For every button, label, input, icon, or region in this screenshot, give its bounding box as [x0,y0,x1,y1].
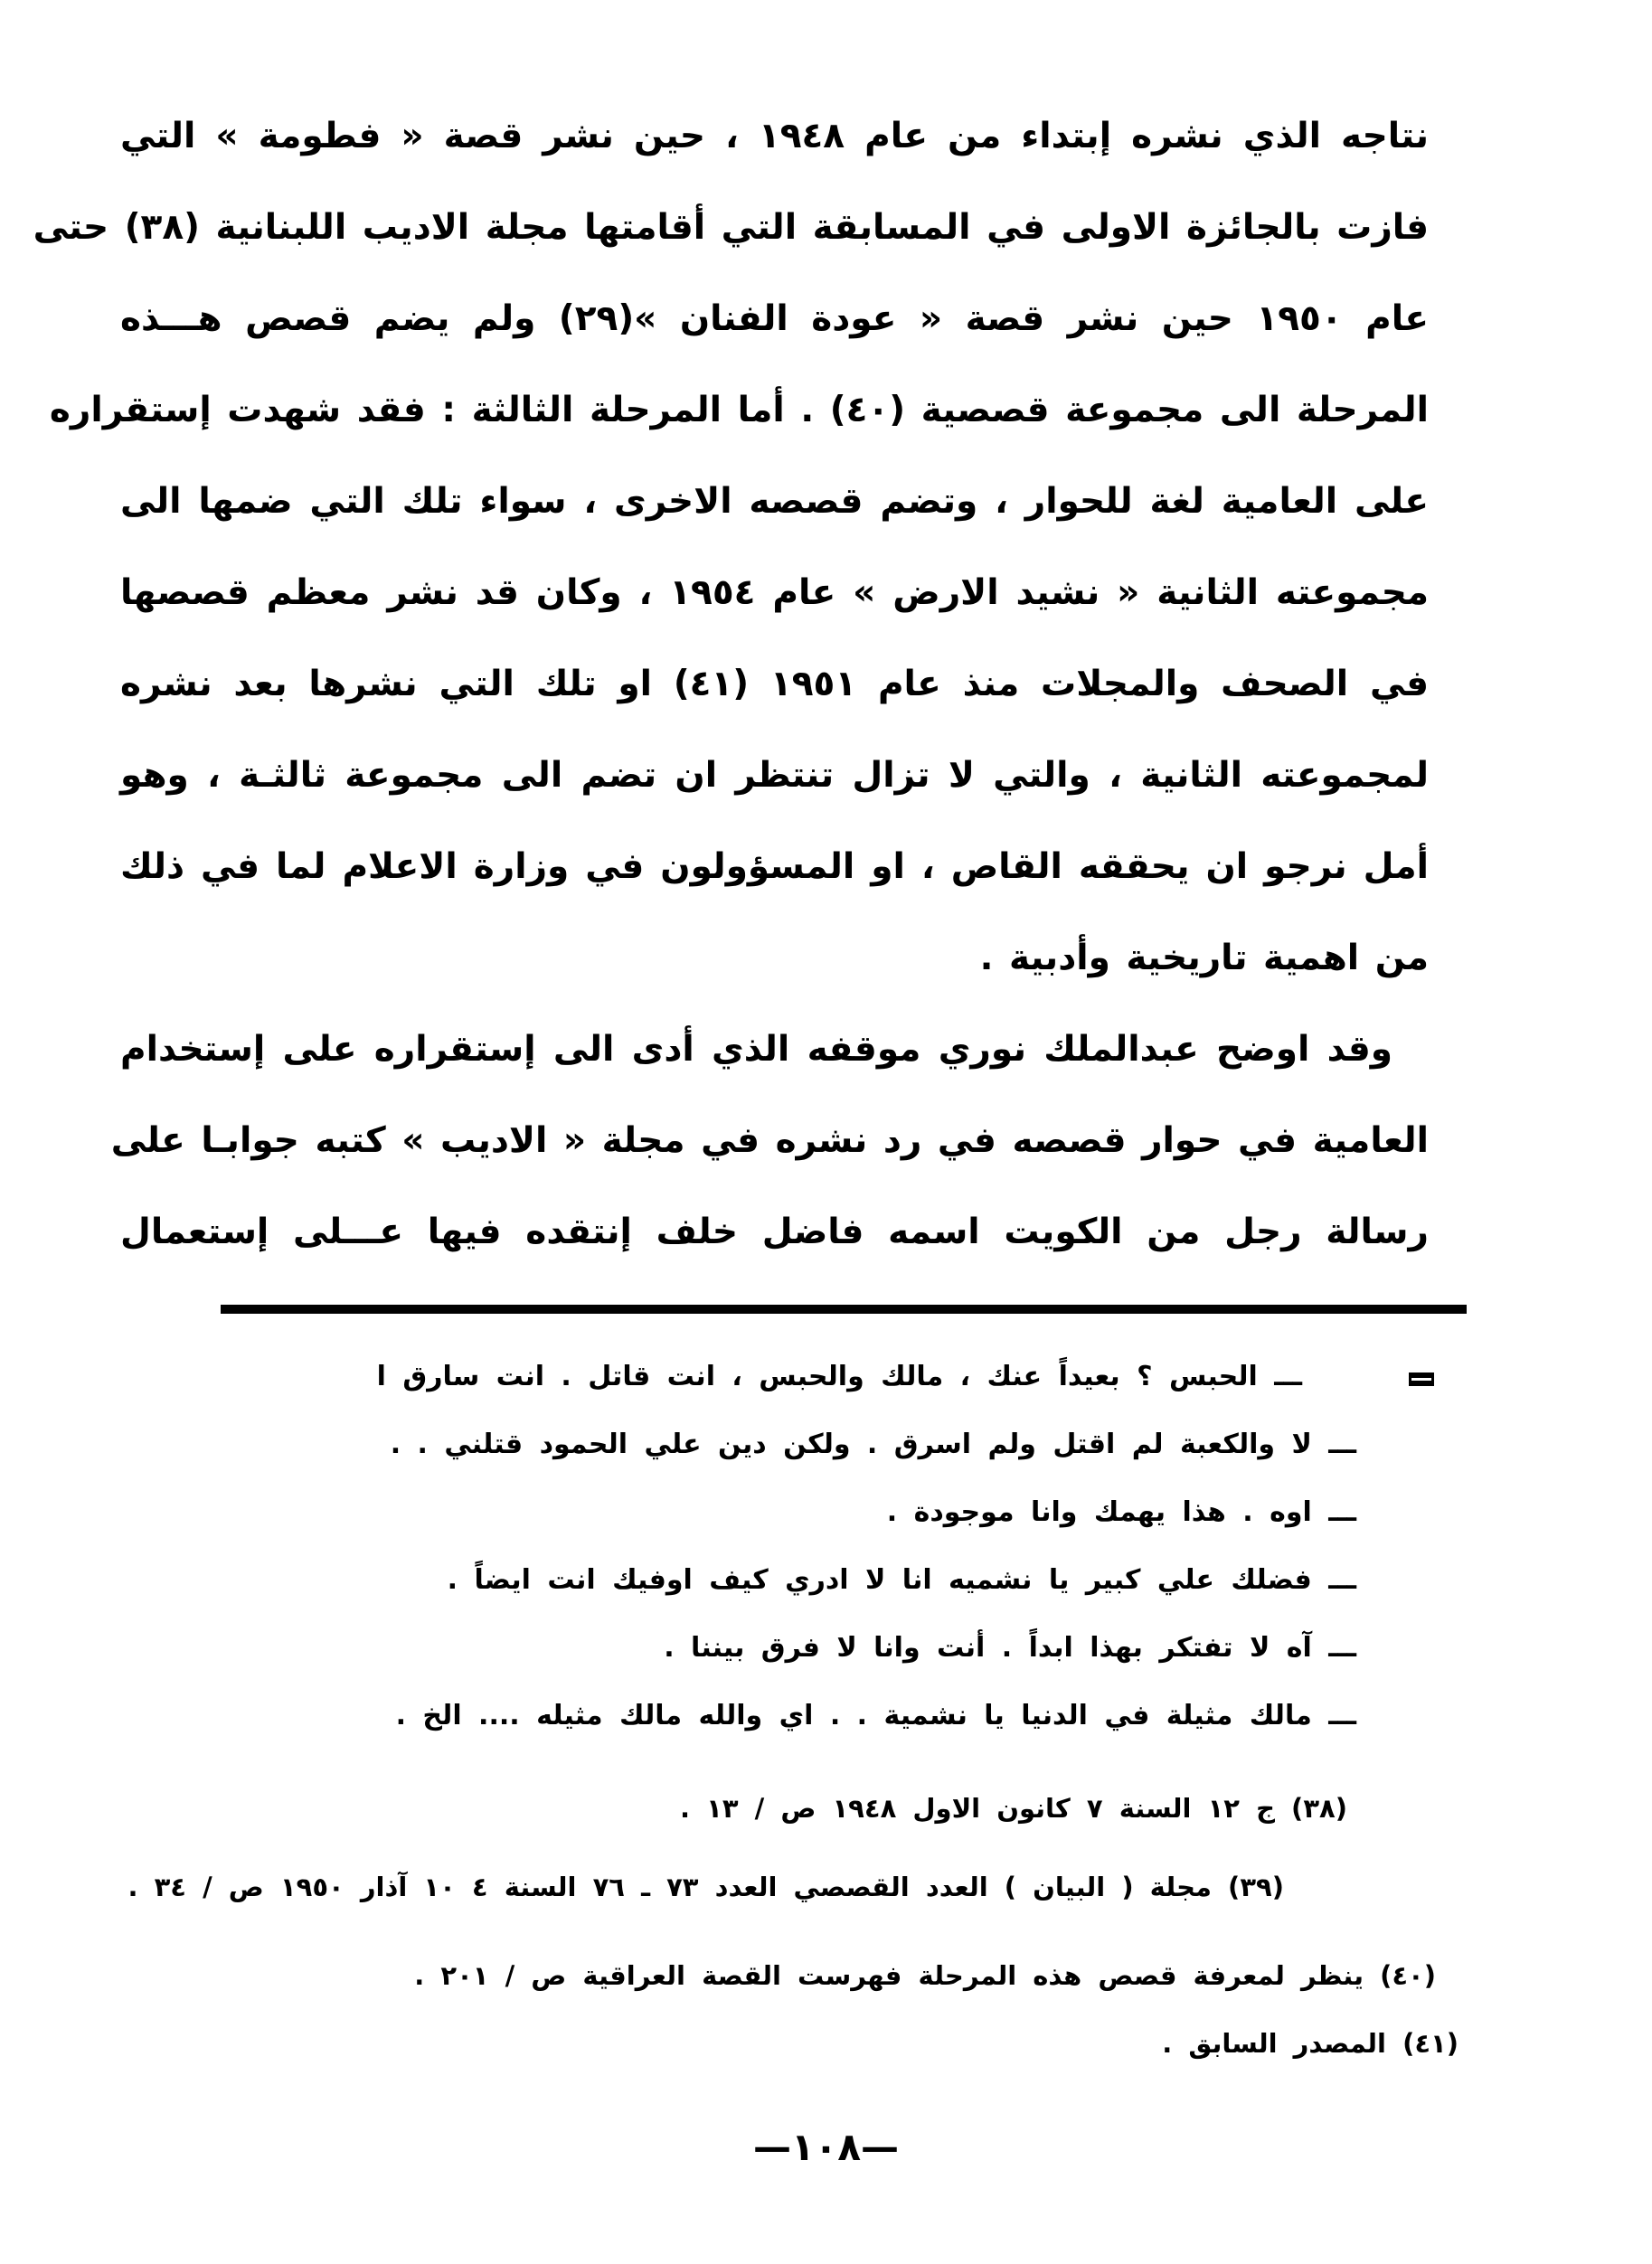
main-text-line: مجموعته الثانية « نشيد الارض » عام ١٩٥٤ … [120,547,1429,638]
footnote-reference-38: (٣٨) ج ١٢ السنة ٧ كانون الاول ١٩٤٨ ص / ١… [680,1786,1347,1831]
main-text-line: عام ١٩٥٠ حين نشر قصة « عودة الفنان »(٢٩)… [120,273,1429,364]
dialogue-line: ـــ الحبس ؟ بعيداً عنك ، مالك والحبس ، ا… [271,1343,1356,1410]
dialogue-line: ـــ لا والكعبة لم اقتل ولم اسرق . ولكن د… [271,1410,1356,1478]
main-text-line: في الصحف والمجلات منذ عام ١٩٥١ (٤١) او ت… [120,638,1429,730]
dialogue-line: ـــ اوه . هذا يهمك وانا موجودة . [271,1478,1356,1546]
main-text-line: أمل نرجو ان يحققه القاص ، او المسؤولون ف… [120,821,1429,912]
main-text: نتاجه الذي نشره إبتداء من عام ١٩٤٨ ، حين… [120,90,1429,1278]
page: نتاجه الذي نشره إبتداء من عام ١٩٤٨ ، حين… [0,0,1652,2264]
dialogue-line: ـــ مالك مثيلة في الدنيا يا نشمية . . اي… [271,1682,1356,1750]
footnote-reference-40: (٤٠) ينظر لمعرفة قصص هذه المرحلة فهرست ا… [414,1953,1436,1998]
main-text-line: من اهمية تاريخية وأدبية . [120,912,1429,1004]
main-text-line: العامية في حوار قصصه في رد نشره في مجلة … [120,1095,1429,1186]
main-text-line: نتاجه الذي نشره إبتداء من عام ١٩٤٨ ، حين… [120,90,1429,182]
main-text-line: رسالة رجل من الكويت اسمه فاضل خلف إنتقده… [120,1186,1429,1278]
footnote-dialogue: ـــ الحبس ؟ بعيداً عنك ، مالك والحبس ، ا… [271,1343,1356,1750]
footnote-reference-39: (٣٩) مجلة ( البيان ) العدد القصصي العدد … [127,1864,1284,1910]
footnote-reference-41: (٤١) المصدر السابق . [1162,2021,1458,2066]
dialogue-line: ـــ فضلك علي كبير يا نشميه انا لا ادري ك… [271,1546,1356,1614]
page-number: —١٠٨— [0,2125,1652,2170]
dialogue-line: ـــ آه لا تفتكر بهذا ابداً . أنت وانا لا… [271,1614,1356,1682]
footnote-divider [221,1305,1467,1314]
main-text-line: على العامية لغة للحوار ، وتضم قصصه الاخر… [120,456,1429,547]
continuation-mark-slit [1411,1378,1431,1381]
main-text-line: لمجموعته الثانية ، والتي لا تزال تنتظر ا… [120,730,1429,821]
main-text-line: وقد اوضح عبدالملك نوري موقفه الذي أدى ال… [120,1004,1429,1095]
continuation-mark [1409,1373,1434,1386]
main-text-line: فازت بالجائزة الاولى في المسابقة التي أق… [120,182,1429,273]
main-text-line: المرحلة الى مجموعة قصصية (٤٠) . أما المر… [120,364,1429,456]
